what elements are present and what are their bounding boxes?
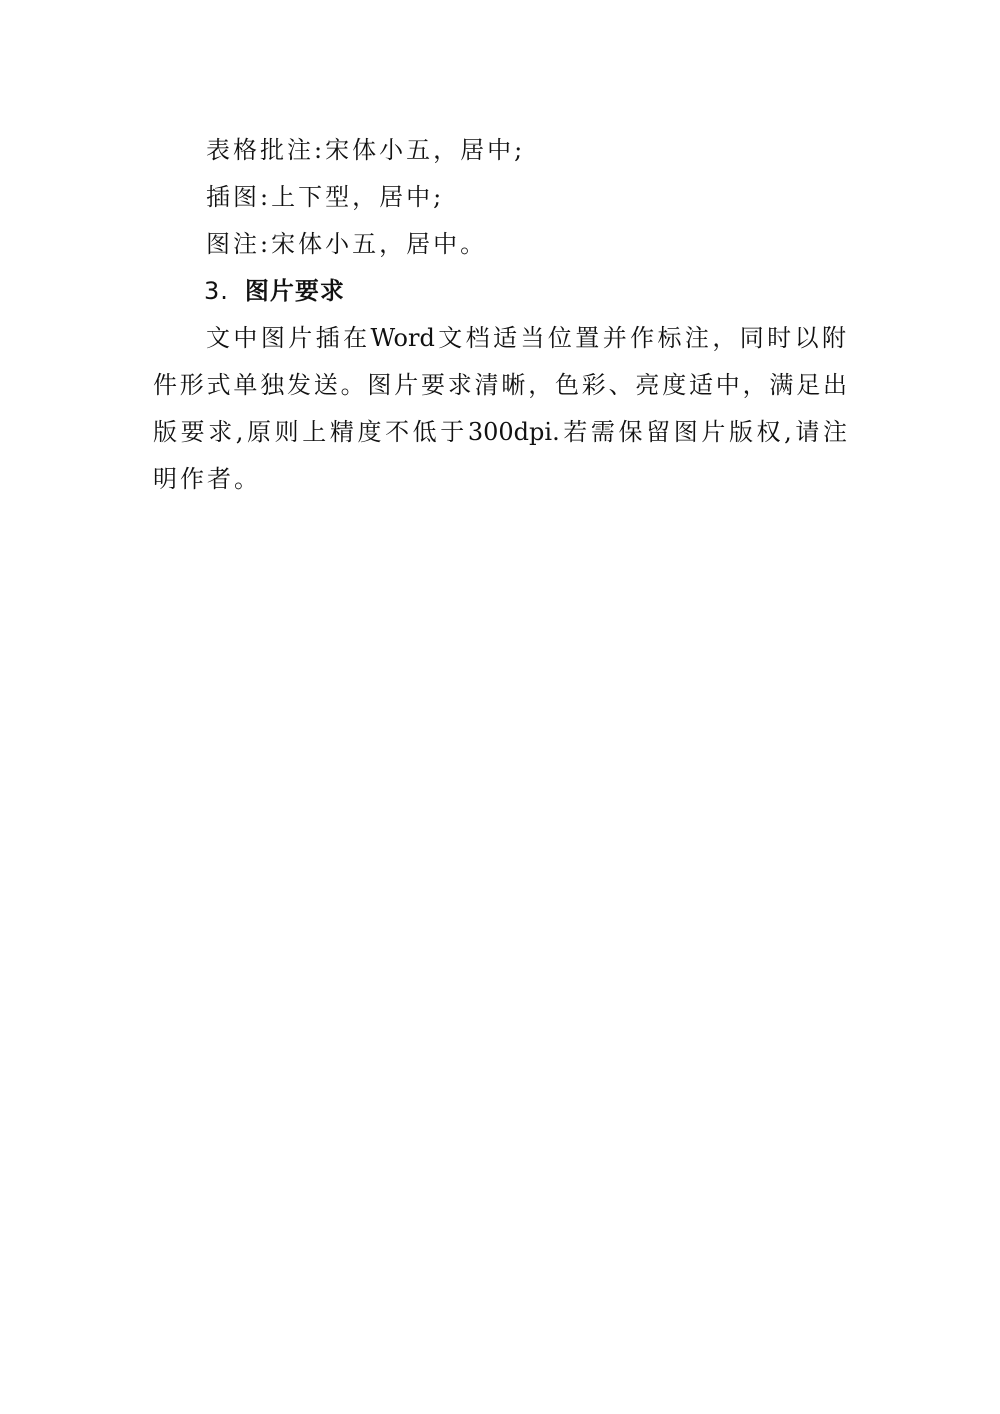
table-caption-format-line: 表格批注:宋体小五，居中; [206, 134, 525, 166]
figure-caption-format-line: 图注:宋体小五，居中。 [206, 228, 487, 260]
section-heading: 3.图片要求 [204, 275, 345, 307]
paragraph-line: 文中图片插在Word文档适当位置并作标注，同时以附 [206, 322, 846, 354]
paragraph-line: 版要求,原则上精度不低于300dpi.若需保留图片版权,请注 [153, 416, 847, 448]
illustration-format-line: 插图:上下型，居中; [206, 181, 444, 213]
section-title: 图片要求 [245, 277, 345, 305]
paragraph-line: 件形式单独发送。图片要求清晰，色彩、亮度适中，满足出 [153, 369, 847, 401]
paragraph-line: 明作者。 [153, 463, 847, 495]
section-number: 3. [204, 277, 229, 305]
document-page: 表格批注:宋体小五，居中; 插图:上下型，居中; 图注:宋体小五，居中。 3.图… [0, 0, 1000, 1414]
